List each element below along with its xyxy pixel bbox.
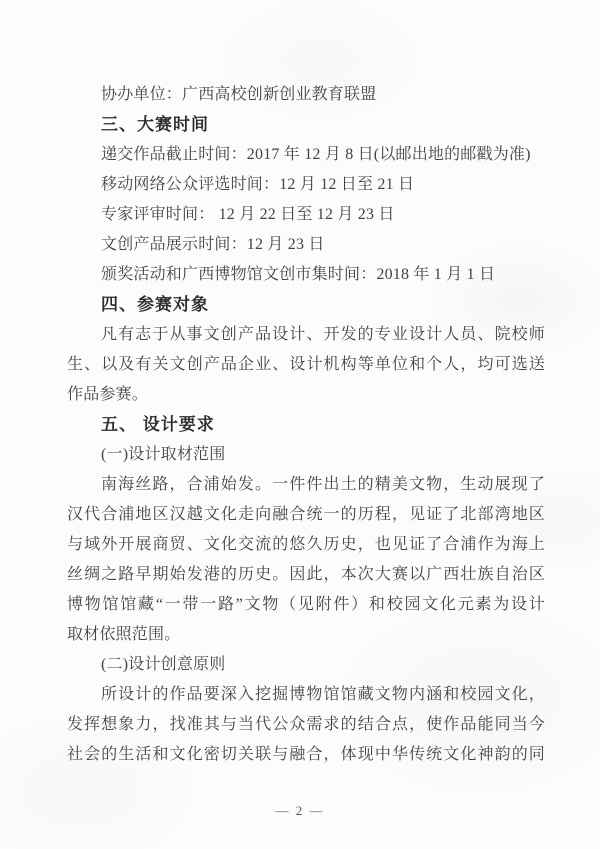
- scanned-document-page: 协办单位：广西高校创新创业教育联盟 三、大赛时间 递交作品截止时间：2017 年…: [0, 0, 600, 849]
- line-principle-3: 社会的生活和文化密切关联与融合，体现中华传统文化神韵的同: [67, 740, 545, 770]
- heading-section-4-participants: 四、参赛对象: [67, 290, 545, 320]
- heading-section-5-design-requirements: 五、 设计要求: [67, 410, 545, 440]
- heading-section-3-competition-time: 三、大赛时间: [67, 110, 545, 140]
- line-submission-deadline: 递交作品截止时间：2017 年 12 月 8 日(以邮出地的邮戳为准): [67, 140, 545, 170]
- line-scope-3: 与域外开展商贸、文化交流的悠久历史，也见证了合浦作为海上: [67, 530, 545, 560]
- line-scope-1: 南海丝路，合浦始发。一件件出土的精美文物，生动展现了: [67, 470, 545, 500]
- line-award-ceremony-time: 颁奖活动和广西博物馆文创市集时间：2018 年 1 月 1 日: [67, 260, 545, 290]
- line-participants-2: 生、以及有关文创产品企业、设计机构等单位和个人，均可选送: [67, 350, 545, 380]
- line-participants-3: 作品参赛。: [67, 380, 545, 410]
- line-scope-2: 汉代合浦地区汉越文化走向融合统一的历程，见证了北部湾地区: [67, 500, 545, 530]
- subheading-design-material-scope: (一)设计取材范围: [67, 440, 545, 470]
- line-scope-5: 博物馆馆藏“一带一路”文物（见附件）和校园文化元素为设计: [67, 590, 545, 620]
- subheading-design-creative-principle: (二)设计创意原则: [67, 650, 545, 680]
- document-body: 协办单位：广西高校创新创业教育联盟 三、大赛时间 递交作品截止时间：2017 年…: [67, 80, 545, 770]
- line-co-organizer: 协办单位：广西高校创新创业教育联盟: [67, 80, 545, 110]
- line-scope-6: 取材依照范围。: [67, 620, 545, 650]
- line-public-voting-time: 移动网络公众评选时间：12 月 12 日至 21 日: [67, 170, 545, 200]
- line-scope-4: 丝绸之路早期始发港的历史。因此，本次大赛以广西壮族自治区: [67, 560, 545, 590]
- line-principle-1: 所设计的作品要深入挖掘博物馆馆藏文物内涵和校园文化，: [67, 680, 545, 710]
- line-expert-review-time: 专家评审时间： 12 月 22 日至 12 月 23 日: [67, 200, 545, 230]
- page-number: — 2 —: [0, 803, 600, 819]
- line-product-exhibition-time: 文创产品展示时间：12 月 23 日: [67, 230, 545, 260]
- line-participants-1: 凡有志于从事文创产品设计、开发的专业设计人员、院校师: [67, 320, 545, 350]
- line-principle-2: 发挥想象力，找准其与当代公众需求的结合点，使作品能同当今: [67, 710, 545, 740]
